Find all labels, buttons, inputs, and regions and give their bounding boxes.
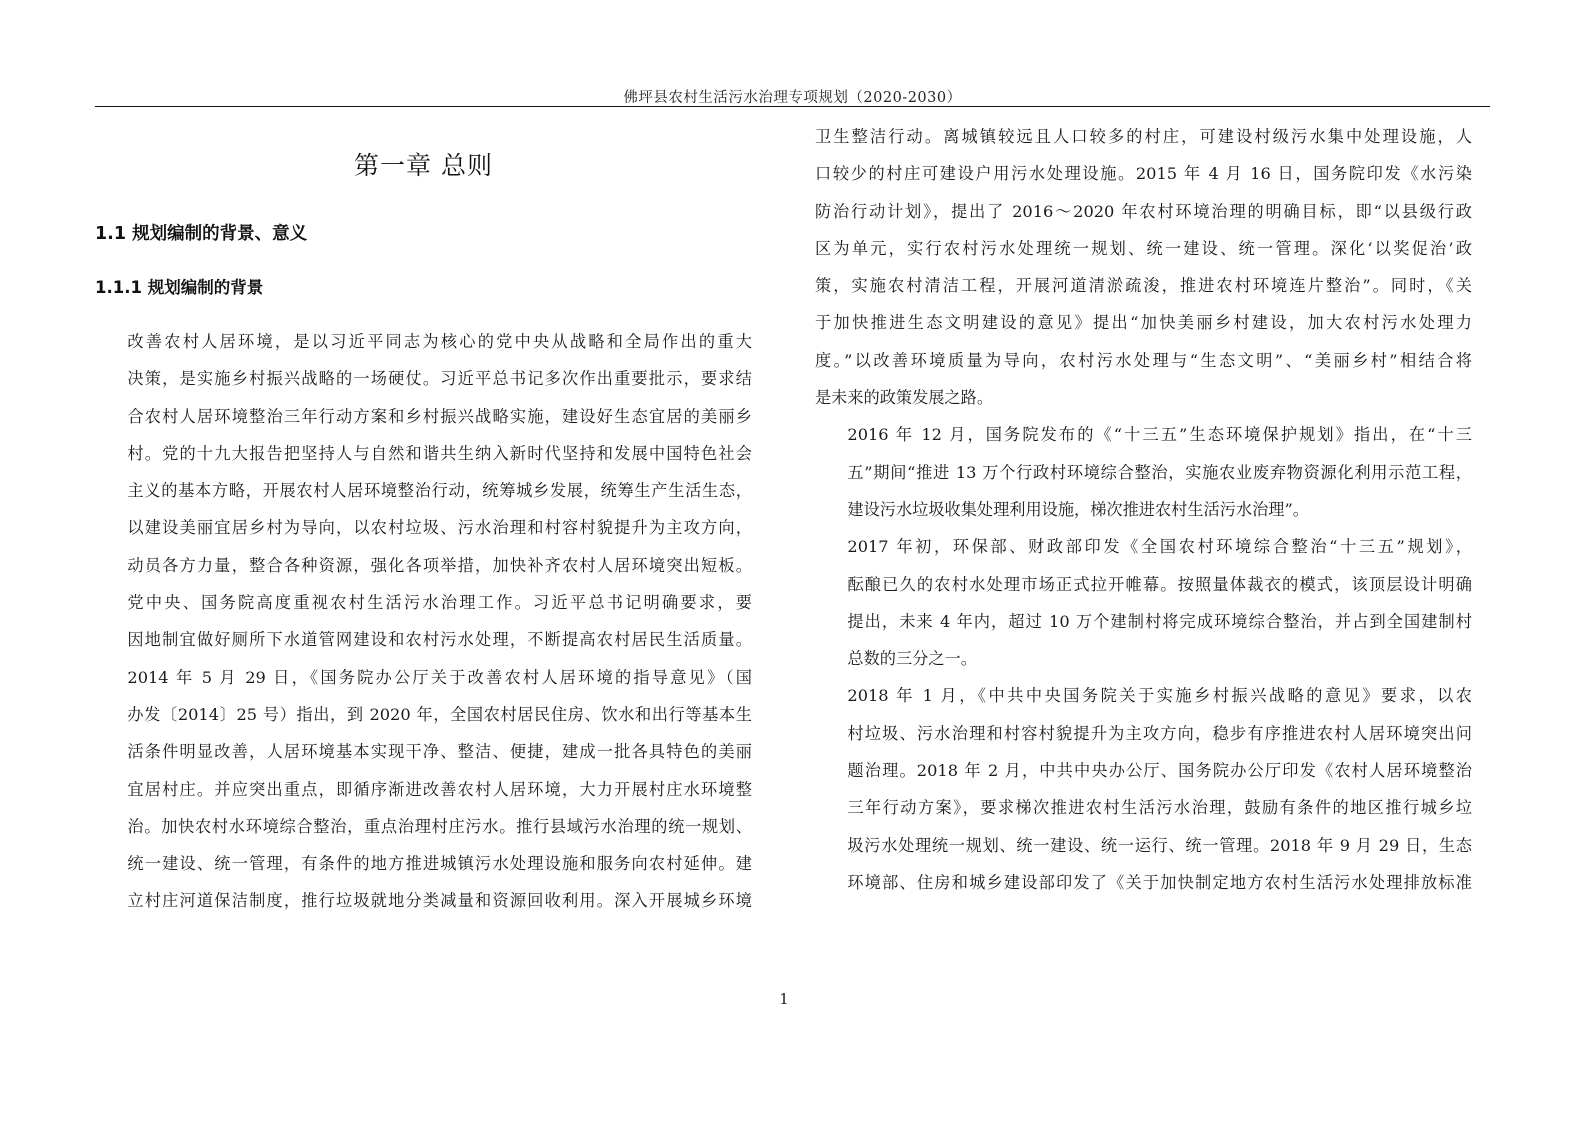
text-line: 建设污水垃圾收集处理利用设施，梯次推进农村生活污水治理”。 (815, 491, 1472, 528)
text-line: 统一建设、统一管理，有条件的地方推进城镇污水处理设施和服务向农村延伸。建 (95, 845, 752, 882)
paragraph: 党中央、国务院高度重视农村生活污水治理工作。习近平总书记明确要求，要 因地制宜做… (95, 584, 752, 659)
text-line: 以建设美丽宜居乡村为导向，以农村垃圾、污水治理和村容村貌提升为主攻方向， (95, 509, 752, 546)
text-line: 改善农村人居环境，是以习近平同志为核心的党中央从战略和全局作出的重大 (95, 323, 752, 360)
paragraph: 2016 年 12 月，国务院发布的《“十三五”生态环境保护规划》指出，在“十三… (815, 416, 1472, 528)
text-line: 村。党的十九大报告把坚持人与自然和谐共生纳入新时代坚持和发展中国特色社会 (95, 435, 752, 472)
text-line: 酝酿已久的农村水处理市场正式拉开帷幕。按照量体裁衣的模式，该顶层设计明确 (815, 566, 1472, 603)
header-divider (95, 106, 1490, 107)
text-line: 宜居村庄。并应突出重点，即循序渐进改善农村人居环境，大力开展村庄水环境整 (95, 771, 752, 808)
document-title-header: 佛坪县农村生活污水治理专项规划（2020-2030） (95, 86, 1490, 107)
text-line: 圾污水处理统一规划、统一建设、统一运行、统一管理。2018 年 9 月 29 日… (815, 827, 1472, 864)
text-line: 五”期间“推进 13 万个行政村环境综合整治，实施农业废弃物资源化利用示范工程， (815, 454, 1472, 491)
text-line: 立村庄河道保洁制度，推行垃圾就地分类减量和资源回收利用。深入开展城乡环境 (95, 882, 752, 919)
paragraph-continued: 卫生整洁行动。离城镇较远且人口较多的村庄，可建设村级污水集中处理设施，人 口较少… (815, 118, 1472, 416)
text-line: 提出，未来 4 年内，超过 10 万个建制村将完成环境综合整治，并占到全国建制村 (815, 603, 1472, 640)
text-line: 环境部、住房和城乡建设部印发了《关于加快制定地方农村生活污水处理排放标准 (815, 864, 1472, 901)
left-column: 第一章 总则 1.1 规划编制的背景、意义 1.1.1 规划编制的背景 改善农村… (95, 118, 752, 920)
text-line: 活条件明显改善，人居环境基本实现干净、整洁、便捷，建成一批各具特色的美丽 (95, 733, 752, 770)
text-line: 题治理。2018 年 2 月，中共中央办公厅、国务院办公厅印发《农村人居环境整治 (815, 752, 1472, 789)
text-line: 党中央、国务院高度重视农村生活污水治理工作。习近平总书记明确要求，要 (95, 584, 752, 621)
section-heading: 1.1 规划编制的背景、意义 (95, 220, 752, 250)
paragraph: 2014 年 5 月 29 日，《国务院办公厅关于改善农村人居环境的指导意见》（… (95, 659, 752, 920)
text-line: 治。加快农村水环境综合整治，重点治理村庄污水。推行县域污水治理的统一规划、 (95, 808, 752, 845)
text-line: 度。”以改善环境质量为导向，农村污水处理与“生态文明”、“美丽乡村”相结合将 (815, 342, 1472, 379)
text-line: 策，实施农村清洁工程，开展河道清淤疏浚，推进农村环境连片整治”。同时，《关 (815, 267, 1472, 304)
right-column: 卫生整洁行动。离城镇较远且人口较多的村庄，可建设村级污水集中处理设施，人 口较少… (815, 118, 1472, 901)
text-line: 区为单元，实行农村污水处理统一规划、统一建设、统一管理。深化‘以奖促治’政 (815, 230, 1472, 267)
text-line: 村垃圾、污水治理和村容村貌提升为主攻方向，稳步有序推进农村人居环境突出问 (815, 715, 1472, 752)
text-line: 防治行动计划》，提出了 2016～2020 年农村环境治理的明确目标，即“以县级… (815, 193, 1472, 230)
text-line: 因地制宜做好厕所下水道管网建设和农村污水处理，不断提高农村居民生活质量。 (95, 621, 752, 658)
paragraph: 2017 年初，环保部、财政部印发《全国农村环境综合整治“十三五”规划》， 酝酿… (815, 528, 1472, 677)
text-line: 三年行动方案》，要求梯次推进农村生活污水治理，鼓励有条件的地区推行城乡垃 (815, 789, 1472, 826)
text-line: 决策，是实施乡村振兴战略的一场硬仗。习近平总书记多次作出重要批示，要求结 (95, 360, 752, 397)
text-line: 卫生整洁行动。离城镇较远且人口较多的村庄，可建设村级污水集中处理设施，人 (815, 118, 1472, 155)
text-line: 2017 年初，环保部、财政部印发《全国农村环境综合整治“十三五”规划》， (815, 528, 1472, 565)
text-line: 于加快推进生态文明建设的意见》提出“加快美丽乡村建设，加大农村污水处理力 (815, 304, 1472, 341)
text-line: 总数的三分之一。 (815, 640, 1472, 677)
text-line: 2014 年 5 月 29 日，《国务院办公厅关于改善农村人居环境的指导意见》（… (95, 659, 752, 696)
text-line: 口较少的村庄可建设户用污水处理设施。2015 年 4 月 16 日，国务院印发《… (815, 155, 1472, 192)
text-line: 主义的基本方略，开展农村人居环境整治行动，统筹城乡发展，统筹生产生活生态， (95, 472, 752, 509)
paragraph: 2018 年 1 月，《中共中央国务院关于实施乡村振兴战略的意见》要求，以农 村… (815, 677, 1472, 901)
paragraph: 改善农村人居环境，是以习近平同志为核心的党中央从战略和全局作出的重大 决策，是实… (95, 323, 752, 584)
text-line: 2016 年 12 月，国务院发布的《“十三五”生态环境保护规划》指出，在“十三 (815, 416, 1472, 453)
text-line: 动员各方力量，整合各种资源，强化各项举措，加快补齐农村人居环境突出短板。 (95, 547, 752, 584)
text-line: 办发〔2014〕25 号）指出，到 2020 年，全国农村居民住房、饮水和出行等… (95, 696, 752, 733)
text-line: 2018 年 1 月，《中共中央国务院关于实施乡村振兴战略的意见》要求，以农 (815, 677, 1472, 714)
page-number: 1 (774, 990, 794, 1008)
chapter-title: 第一章 总则 (95, 146, 752, 190)
text-line: 合农村人居环境整治三年行动方案和乡村振兴战略实施，建设好生态宜居的美丽乡 (95, 398, 752, 435)
text-line: 是未来的政策发展之路。 (815, 379, 1472, 416)
subsection-heading: 1.1.1 规划编制的背景 (95, 274, 752, 304)
